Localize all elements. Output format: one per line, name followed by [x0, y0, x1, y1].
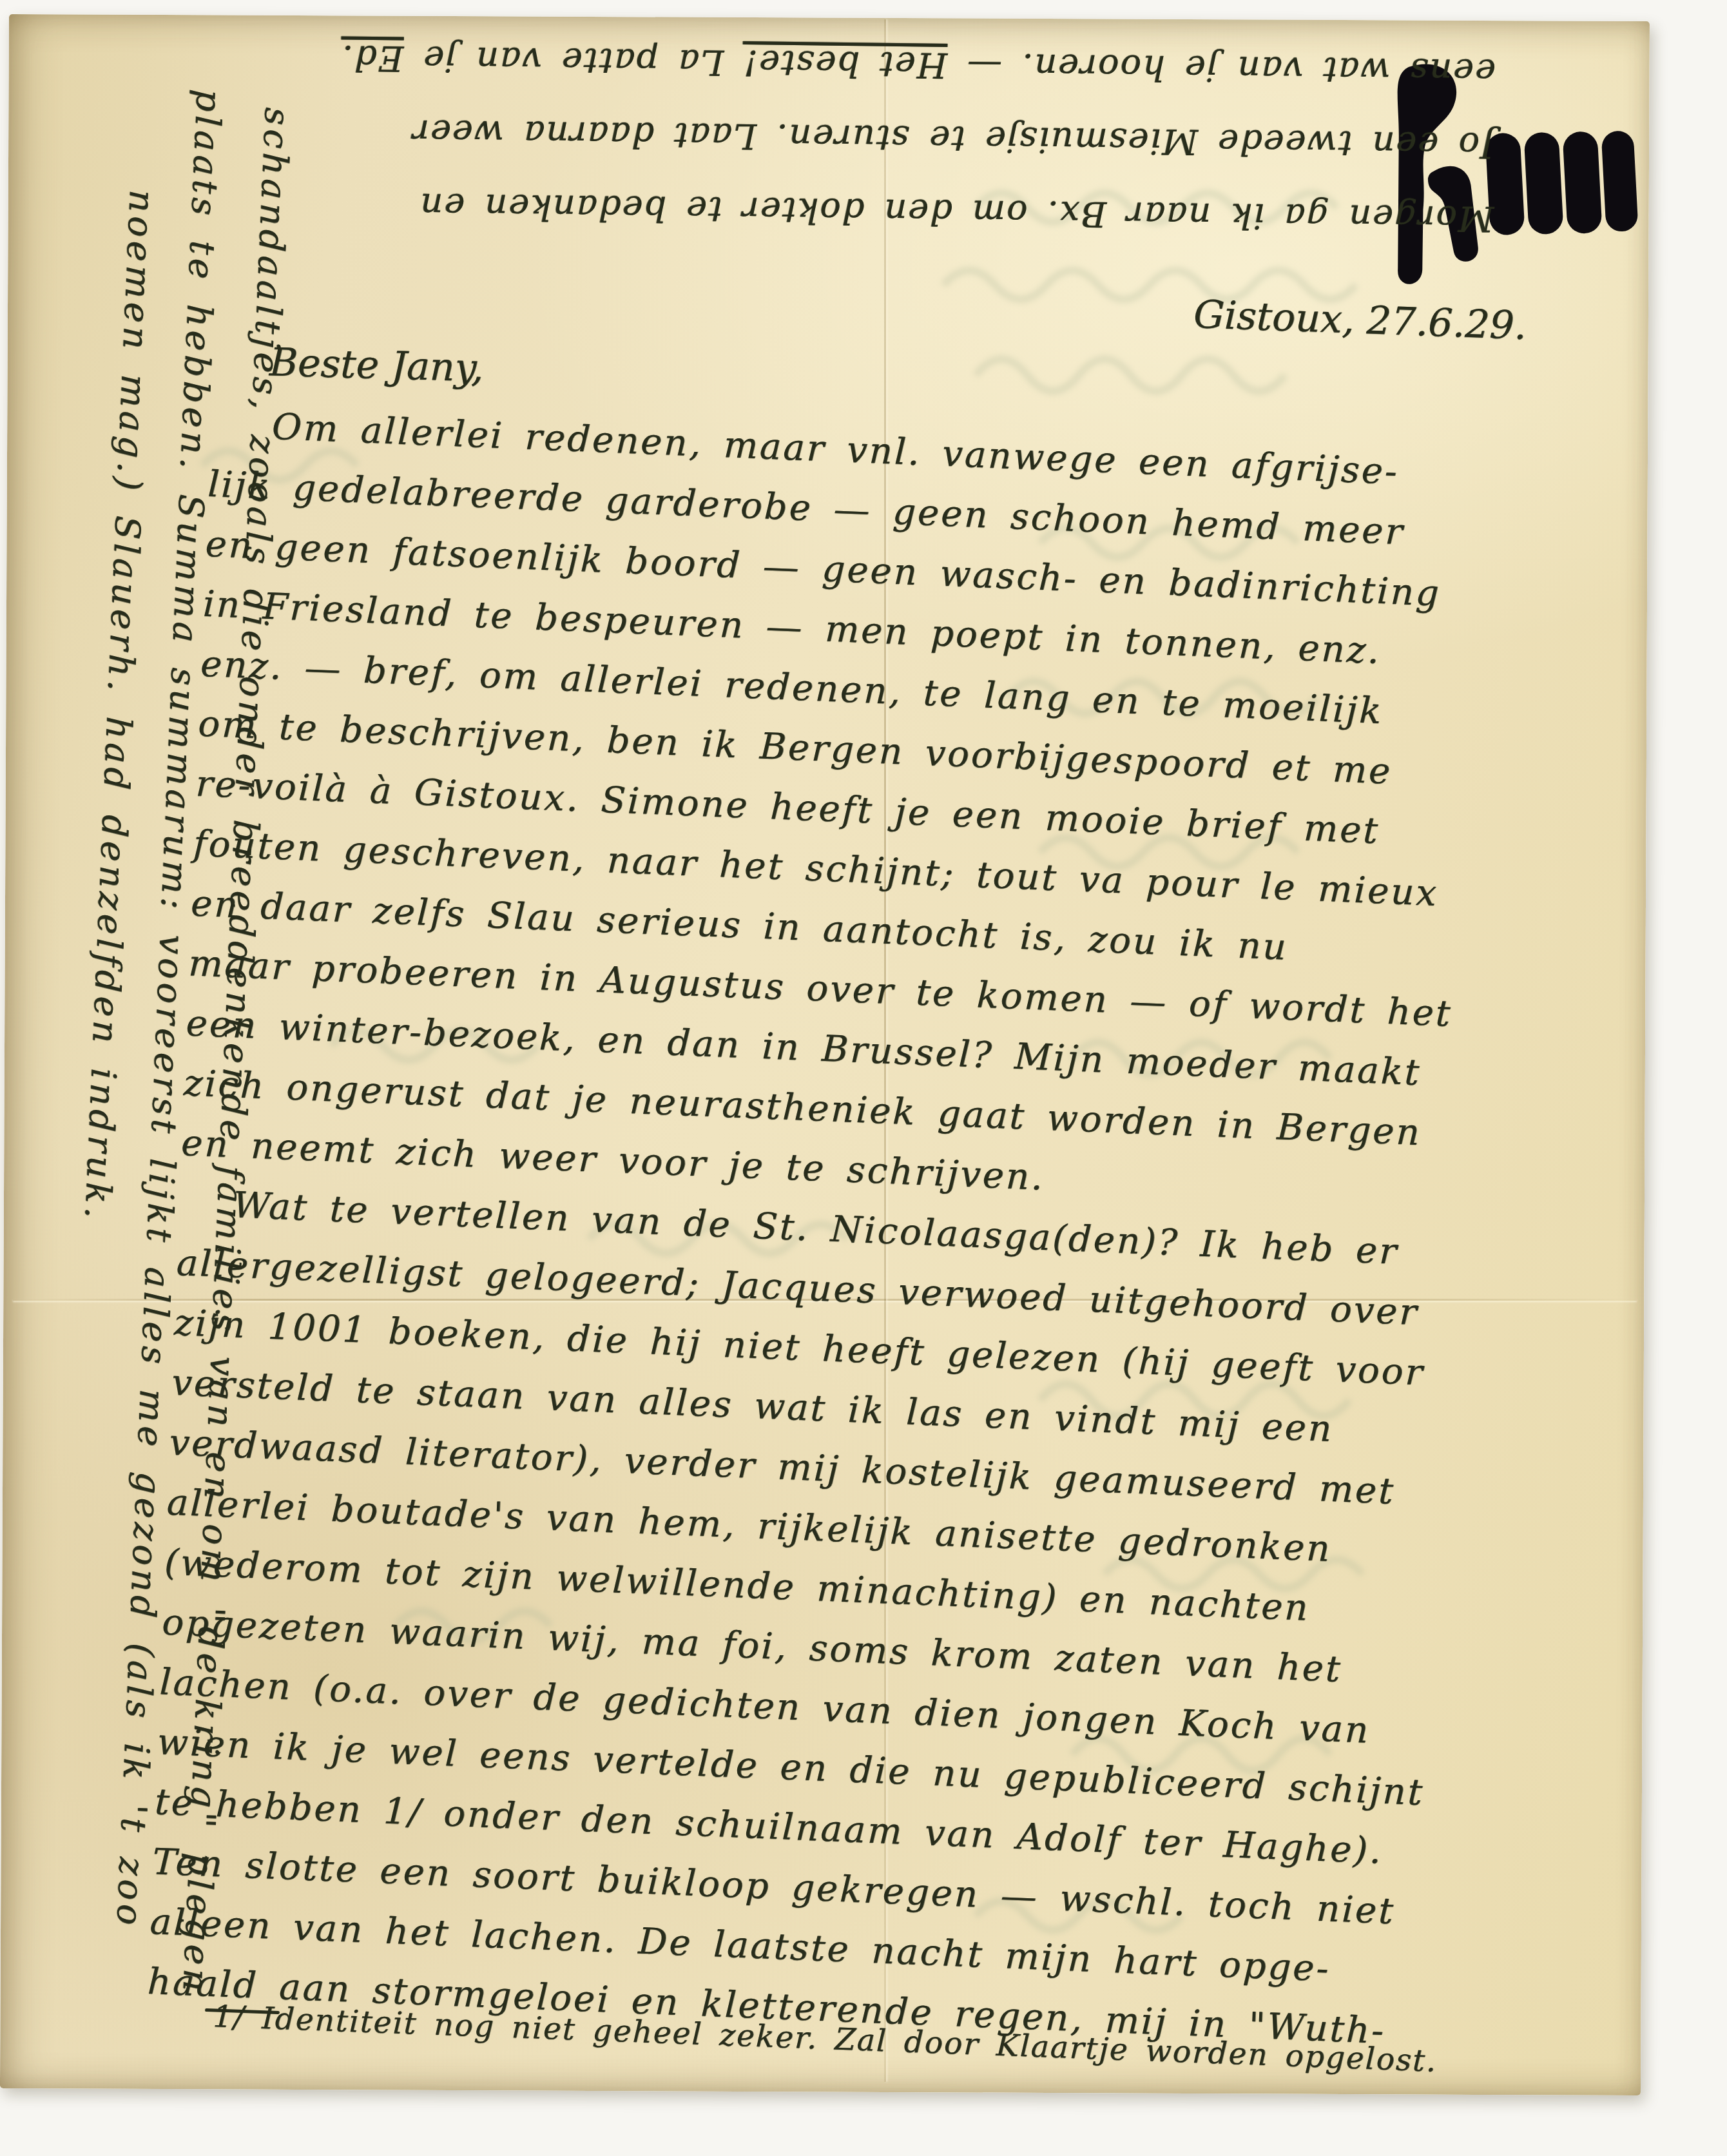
signature-ed: Ed. — [341, 37, 404, 79]
upside-down-header-note: Morgen ga ik naar Bx. om den dokter te b… — [198, 19, 1496, 256]
flipped-line-3-start: eens wat van je hooren. — — [947, 45, 1496, 92]
letter-body: Om allerlei redenen, maar vnl. vanwege e… — [146, 394, 1478, 2063]
flipped-line-3-underlined: Het beste! — [742, 43, 947, 86]
salutation: Beste Jany, — [269, 340, 484, 391]
flipped-line-3-end: La patte van je — [403, 39, 743, 83]
letter-scan: Morgen ga ik naar Bx. om den dokter te b… — [0, 0, 1727, 2156]
